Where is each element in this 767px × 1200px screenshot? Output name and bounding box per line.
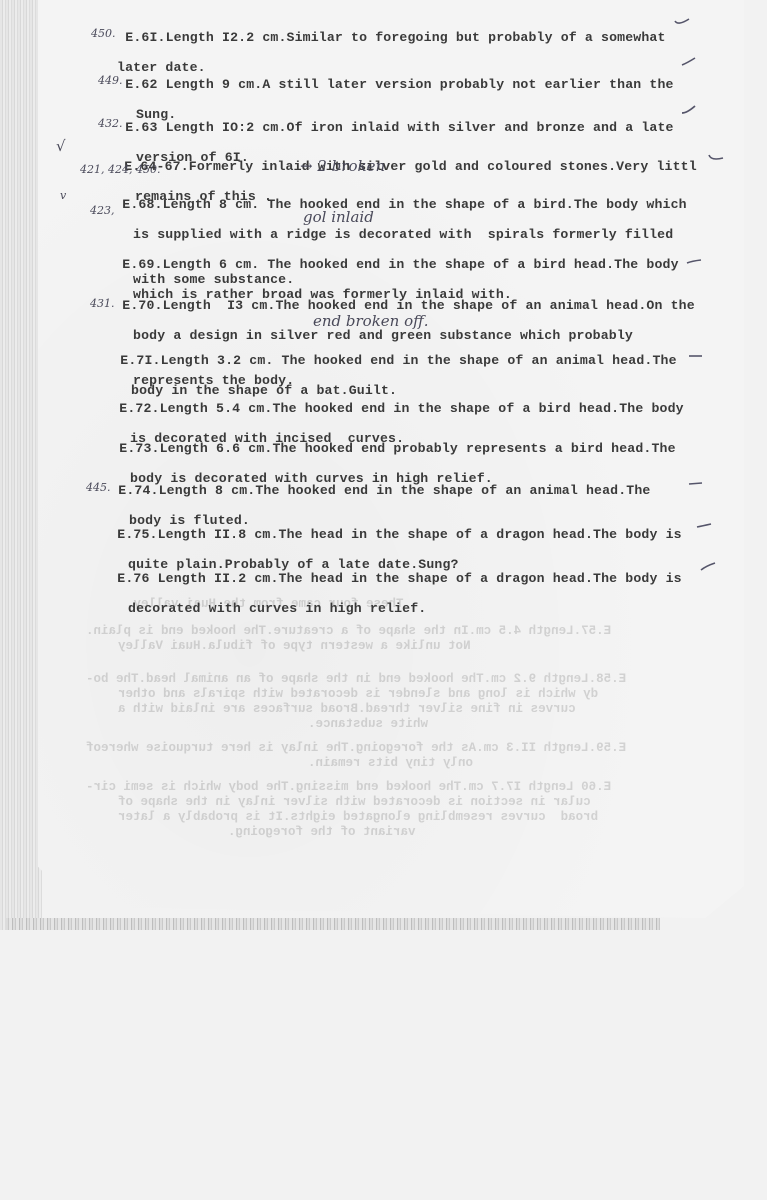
margin-note: 450. [91,28,116,40]
entry-line: E.75.Length II.8 cm.The head in the shap… [117,527,681,542]
margin-note: 431. [90,298,115,310]
catalogue-entry-e72: E.72.Length 5.4 cm.The hooked end in the… [87,386,684,476]
entry-line: E.69.Length 6 cm. The hooked end in the … [122,257,678,272]
entry-line: body a design in silver red and green su… [90,328,695,343]
entry-line: E.68.Length 8 cm. The hooked end in the … [122,197,686,212]
entry-line: body in the shape of a bat.Guilt. [88,383,677,398]
handwritten-annotation: → 2 broken [300,160,385,172]
entry-line: E.64-67.Formerly inlaid with silver gold… [124,159,697,174]
entry-line: E.73.Length 6.6 cm.The hooked end probab… [119,441,675,456]
show-through-line: E.59.Length II.3 cm.As the foregoing.The… [86,741,626,756]
entry-line: Sung. [93,107,674,122]
show-through-line: Not unlike a western type of fibula.Huai… [118,639,471,654]
check-mark: √ [56,140,66,152]
pencil-tick-icon [688,350,704,360]
entry-line: E.72.Length 5.4 cm.The hooked end in the… [119,401,683,416]
entry-line: E.63 Length IO:2 cm.Of iron inlaid with … [125,120,673,135]
handwritten-annotation: end broken off. [313,315,429,327]
show-through-line: cular in section is decorated with silve… [118,795,591,810]
entry-line: represents the body. [90,373,695,388]
entry-line: body is decorated with curves in high re… [87,471,676,486]
pencil-tick-icon [688,478,704,488]
catalogue-entry-e70: E.70.Length I3 cm.The hooked end in the … [90,283,695,418]
entry-line: body is fluted. [86,513,650,528]
entry-line: remains of this . [92,189,697,204]
pencil-tick-icon [700,562,716,572]
show-through-line: broad curves resembling elongated eights… [118,810,598,825]
entry-line: E.74.Length 8 cm.The hooked end in the s… [118,483,650,498]
catalogue-entry-e62: E.62 Length 9 cm.A still later version p… [93,62,674,152]
check-mark: v [60,190,66,202]
pencil-tick-icon [681,105,697,115]
catalogue-entry-e76: E.76 Length II.2 cm.The head in the shap… [85,556,682,646]
scan-edge-strip [0,0,42,930]
entry-line: version of 6I. [93,150,674,165]
entry-line: is supplied with a ridge is decorated wi… [90,227,687,242]
show-through-line: E.58.Length 9.2 cm.The hooked end in the… [86,672,626,687]
margin-note: 445. [86,482,111,494]
catalogue-entry-e68: E.68.Length 8 cm. The hooked end in the … [90,182,687,317]
margin-note: 449. [98,75,123,87]
margin-note: 432. [98,118,123,130]
show-through-line: dy which is long and slender is decorate… [118,687,598,702]
show-through-line: curves in fine silver thread.Broad surfa… [118,702,576,717]
margin-note: 421, 424, 450. [80,164,160,176]
show-through-line: E.57.Length 4.5 cm.In the shape of a cre… [86,624,611,639]
entry-line: E.76 Length II.2 cm.The head in the shap… [117,571,681,586]
document-page: These four came from the Huai valley. E.… [38,0,744,920]
catalogue-entry-e75: E.75.Length II.8 cm.The head in the shap… [85,512,682,602]
pencil-tick-icon [708,152,724,162]
margin-note: 423, [90,205,115,217]
catalogue-entry-e71: E.7I.Length 3.2 cm. The hooked end in th… [88,338,677,428]
entry-line: E.62 Length 9 cm.A still later version p… [125,77,673,92]
catalogue-entry-e74: E.74.Length 8 cm.The hooked end in the s… [86,468,650,558]
show-through-line: variant of the foregoing. [228,825,416,840]
entry-line: is decorated with incised curves. [87,431,684,446]
entry-line: E.6I.Length I2.2 cm.Similar to foregoing… [125,30,665,45]
entry-line: E.7I.Length 3.2 cm. The hooked end in th… [120,353,676,368]
show-through-line: white substance. [308,717,428,732]
show-through-line: only tiny bits remain. [308,756,473,771]
show-through-line: These four came from the Huai valley. [126,597,404,612]
show-through-line: E.60 Length I7.7 cm.The hooked end missi… [86,780,611,795]
pencil-tick-icon [681,57,697,67]
catalogue-entry-e64-67: E.64-67.Formerly inlaid with silver gold… [92,144,697,234]
entry-line: E.70.Length I3 cm.The hooked end in the … [122,298,695,313]
entry-line: decorated with curves in high relief. [85,601,682,616]
entry-line: with some substance. [90,272,687,287]
catalogue-entry-e63: E.63 Length IO:2 cm.Of iron inlaid with … [93,105,674,195]
entry-line: which is rather broad was formerly inlai… [90,287,679,302]
catalogue-entry-e69: E.69.Length 6 cm. The hooked end in the … [90,242,679,332]
handwritten-annotation: gol inlaid [303,211,374,223]
catalogue-entry-e73: E.73.Length 6.6 cm.The hooked end probab… [87,426,676,516]
scan-bottom-strip [6,918,660,930]
pencil-tick-icon [674,17,690,27]
catalogue-entry-e61: E.6I.Length I2.2 cm.Similar to foregoing… [93,15,666,105]
pencil-tick-icon [696,520,712,530]
pencil-tick-icon [686,255,702,265]
entry-line: quite plain.Probably of a late date.Sung… [85,557,682,572]
entry-line: later date. [93,60,666,75]
